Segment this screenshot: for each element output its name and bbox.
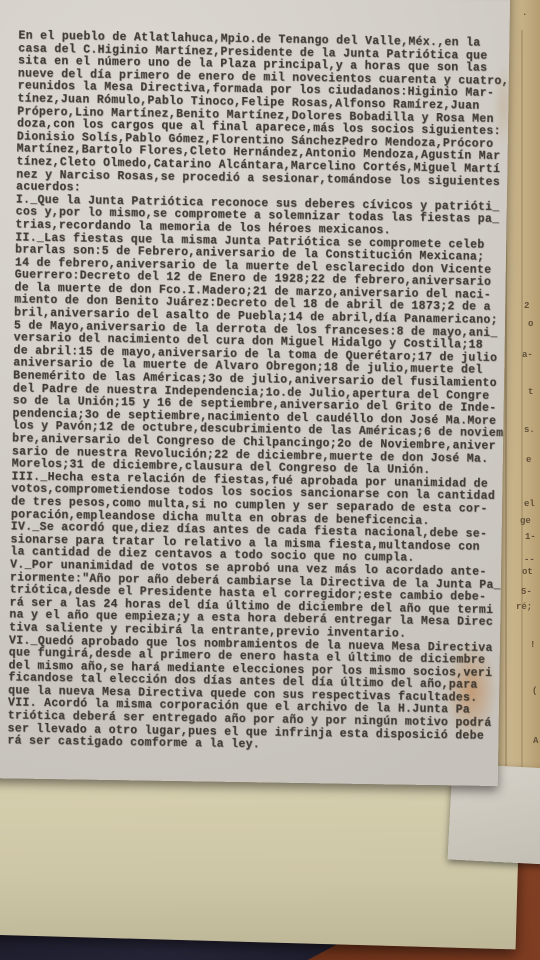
edge-text-fragment: t	[528, 387, 533, 397]
edge-text-fragment: 2	[524, 301, 529, 311]
edge-text-fragment: --	[524, 555, 535, 565]
edge-text-fragment: ré;	[516, 602, 532, 612]
edge-text-fragment: ge	[520, 516, 531, 526]
edge-text-fragment: 1-	[525, 532, 536, 542]
edge-text-fragment: e	[526, 455, 531, 465]
edge-text-fragment: ot	[522, 567, 533, 577]
edge-text-fragment: el	[524, 499, 535, 509]
edge-text-fragment: !	[530, 640, 535, 650]
photo-of-document: ·2oa-ts.eelge1---ot5-ré;!(A En el pueblo…	[0, 0, 540, 960]
edge-text-fragment: o	[528, 319, 533, 329]
edge-text-fragment: 5-	[521, 587, 532, 597]
edge-text-fragment: A	[533, 736, 538, 746]
edge-text-fragment: (	[532, 686, 537, 696]
document-text: En el pueblo de Atlatlahuca,Mpio.de Tena…	[0, 0, 510, 756]
document-page: En el pueblo de Atlatlahuca,Mpio.de Tena…	[0, 0, 510, 786]
underlying-folder-page	[0, 767, 520, 950]
edge-text-fragment: s.	[524, 425, 535, 435]
edge-text-fragment: ·	[522, 10, 527, 20]
edge-text-fragment: a-	[522, 350, 533, 360]
